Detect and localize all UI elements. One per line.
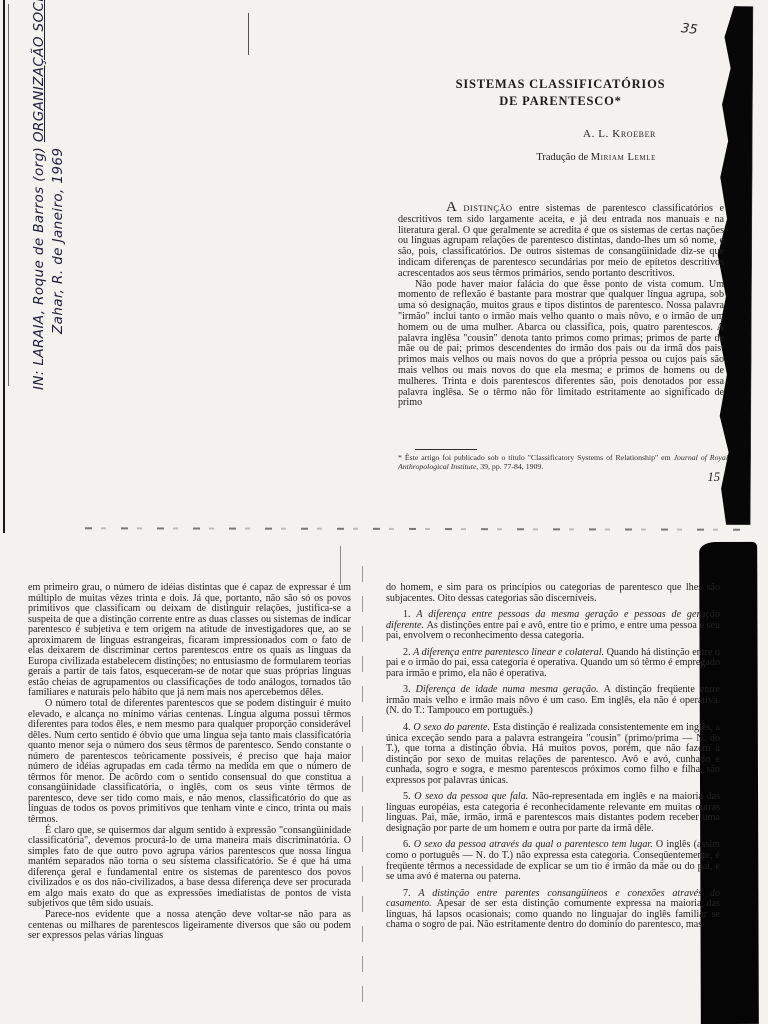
paragraph: A DISTINÇÃO entre sistemas de parentesco…: [398, 202, 724, 280]
paragraph: Parece-nos evidente que a nossa atenção …: [28, 910, 351, 942]
paragraph: do homem, e sim para os princípios ou ca…: [386, 583, 720, 604]
paragraph: É claro que, se quisermos dar algum sent…: [28, 826, 351, 910]
paragraph: em primeiro grau, o número de idéias dis…: [28, 583, 351, 699]
translator-credit: Tradução de Miriam Lemle: [398, 152, 656, 163]
handwritten-citation-line1: IN: LARAIA, Roque de Barros (org) ORGANI…: [30, 12, 49, 390]
scan-top-tick-mark: [248, 13, 249, 55]
handwritten-corner-number: 35: [680, 21, 698, 38]
scan-page1-bottom-edge: [85, 527, 748, 530]
footnote: * Êste artigo foi publicado sob o título…: [398, 453, 728, 472]
page2-left-column: em primeiro grau, o número de idéias dis…: [28, 583, 351, 1024]
paragraph: Não pode haver maior falácia do que êsse…: [398, 280, 724, 410]
handwritten-citation-line2: Zahar, R. de Janeiro, 1969: [49, 12, 68, 390]
footnote-rule: [415, 449, 477, 450]
citation-source: IN: LARAIA, Roque de Barros (org): [31, 142, 47, 390]
handwritten-citation: IN: LARAIA, Roque de Barros (org) ORGANI…: [30, 12, 68, 390]
numbered-category-item: 1. A diferença entre pessoas da mesma ge…: [386, 610, 720, 642]
article-author: A. L. Kroeber: [398, 128, 656, 140]
translator-name: Miriam Lemle: [591, 152, 656, 163]
numbered-category-item: 5. O sexo da pessoa que fala. Não-repres…: [386, 792, 720, 834]
page1-body-text: A DISTINÇÃO entre sistemas de parentesco…: [398, 202, 724, 448]
article-title: SISTEMAS CLASSIFICATÓRIOS DE PARENTESCO*: [398, 76, 723, 109]
scan-gap-tick-mark: [340, 546, 341, 584]
numbered-category-item: 4. O sexo do parente. Esta distinção é r…: [386, 723, 720, 786]
column-divider-line: [362, 566, 363, 1004]
article-title-line2: DE PARENTESCO*: [398, 93, 723, 110]
numbered-category-item: 3. Diferença de idade numa mesma geração…: [386, 685, 720, 717]
paragraph: O número total de diferentes parentescos…: [28, 699, 351, 826]
citation-publisher: Zahar, R. de Janeiro, 1969: [50, 148, 66, 334]
numbered-category-item: 2. A diferença entre parentesco linear e…: [386, 648, 720, 680]
page2-right-column: do homem, e sim para os princípios ou ca…: [386, 583, 720, 1024]
scan-left-edge-line: [3, 0, 5, 533]
page-number: 15: [680, 470, 720, 485]
citation-book-title: ORGANIZAÇÃO SOCIAL: [31, 0, 47, 142]
numbered-category-item: 7. A distinção entre parentes consangüín…: [386, 889, 720, 931]
article-title-line1: SISTEMAS CLASSIFICATÓRIOS: [398, 76, 723, 93]
scan-left-edge-line-2: [8, 4, 9, 386]
numbered-category-item: 6. O sexo da pessoa através da qual o pa…: [386, 840, 720, 882]
